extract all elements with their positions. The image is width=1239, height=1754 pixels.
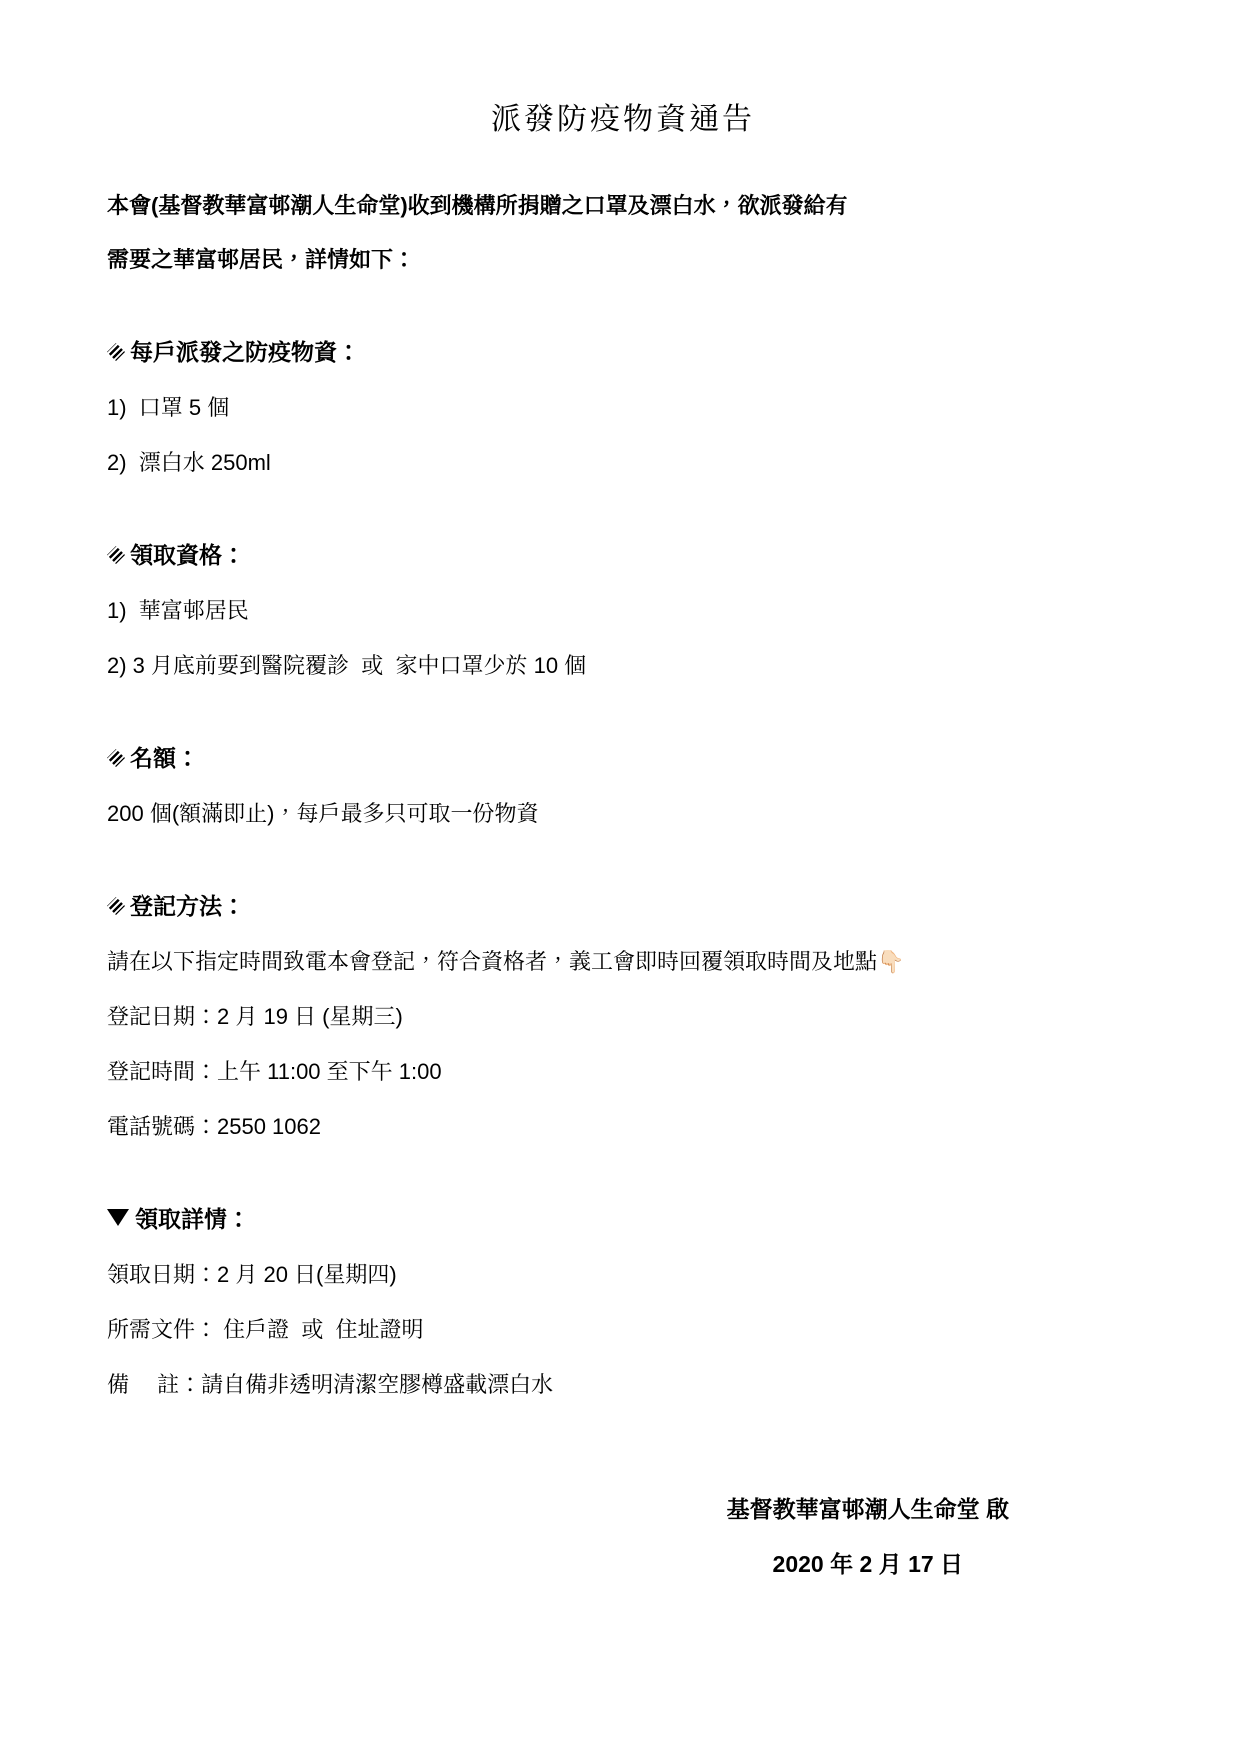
section-heading-text: 領取資格： bbox=[130, 542, 245, 568]
down-triangle-icon bbox=[107, 1209, 129, 1226]
hatched-diamond-icon bbox=[107, 897, 125, 915]
section-heading: 領取資格： bbox=[107, 528, 1139, 583]
required-documents-line: 所需文件： 住戶證 或 住址證明 bbox=[107, 1302, 1139, 1357]
section-quota: 名額： 200 個(額滿即止)，每戶最多只可取一份物資 bbox=[107, 731, 1139, 841]
body-line: 請在以下指定時間致電本會登記，符合資格者，義工會即時回覆領取時間及地點👇🏻 bbox=[107, 934, 1139, 989]
section-supplies-per-household: 每戶派發之防疫物資： 1) 口罩 5 個 2) 漂白水 250ml bbox=[107, 325, 1139, 490]
signature-block: 基督教華富邨潮人生命堂 啟 2020 年 2 月 17 日 bbox=[727, 1482, 1009, 1592]
intro-paragraph: 本會(基督教華富邨潮人生命堂)收到機構所捐贈之口罩及漂白水，欲派發給有 需要之華… bbox=[107, 179, 1139, 287]
signoff-line: 基督教華富邨潮人生命堂 啟 bbox=[727, 1482, 1009, 1537]
list-item: 2) 漂白水 250ml bbox=[107, 435, 1139, 490]
section-heading-text: 登記方法： bbox=[130, 893, 245, 919]
section-heading-text: 領取詳情： bbox=[135, 1206, 250, 1232]
list-item: 1) 口罩 5 個 bbox=[107, 380, 1139, 435]
section-eligibility: 領取資格： 1) 華富邨居民 2) 3 月底前要到醫院覆診 或 家中口罩少於 1… bbox=[107, 528, 1139, 693]
list-item: 1) 華富邨居民 bbox=[107, 583, 1139, 638]
section-heading-text: 名額： bbox=[130, 745, 199, 771]
section-heading: 登記方法： bbox=[107, 879, 1139, 934]
section-heading: 領取詳情： bbox=[107, 1192, 1139, 1247]
document-page: 派發防疫物資通告 本會(基督教華富邨潮人生命堂)收到機構所捐贈之口罩及漂白水，欲… bbox=[0, 0, 1239, 1754]
hatched-diamond-icon bbox=[107, 749, 125, 767]
section-registration-method: 登記方法： 請在以下指定時間致電本會登記，符合資格者，義工會即時回覆領取時間及地… bbox=[107, 879, 1139, 1154]
section-heading-text: 每戶派發之防疫物資： bbox=[130, 339, 360, 365]
page-title: 派發防疫物資通告 bbox=[107, 92, 1139, 147]
hatched-diamond-icon bbox=[107, 343, 125, 361]
list-item: 2) 3 月底前要到醫院覆診 或 家中口罩少於 10 個 bbox=[107, 638, 1139, 693]
registration-time-line: 登記時間：上午 11:00 至下午 1:00 bbox=[107, 1044, 1139, 1099]
hatched-diamond-icon bbox=[107, 546, 125, 564]
section-heading: 名額： bbox=[107, 731, 1139, 786]
date-line: 2020 年 2 月 17 日 bbox=[727, 1537, 1009, 1592]
collection-date-line: 領取日期：2 月 20 日(星期四) bbox=[107, 1247, 1139, 1302]
section-heading: 每戶派發之防疫物資： bbox=[107, 325, 1139, 380]
remarks-line: 備 註：請自備非透明清潔空膠樽盛載漂白水 bbox=[107, 1357, 1139, 1412]
body-line: 200 個(額滿即止)，每戶最多只可取一份物資 bbox=[107, 786, 1139, 841]
section-collection-details: 領取詳情： 領取日期：2 月 20 日(星期四) 所需文件： 住戶證 或 住址證… bbox=[107, 1192, 1139, 1412]
phone-number-line: 電話號碼：2550 1062 bbox=[107, 1099, 1139, 1154]
registration-date-line: 登記日期：2 月 19 日 (星期三) bbox=[107, 989, 1139, 1044]
